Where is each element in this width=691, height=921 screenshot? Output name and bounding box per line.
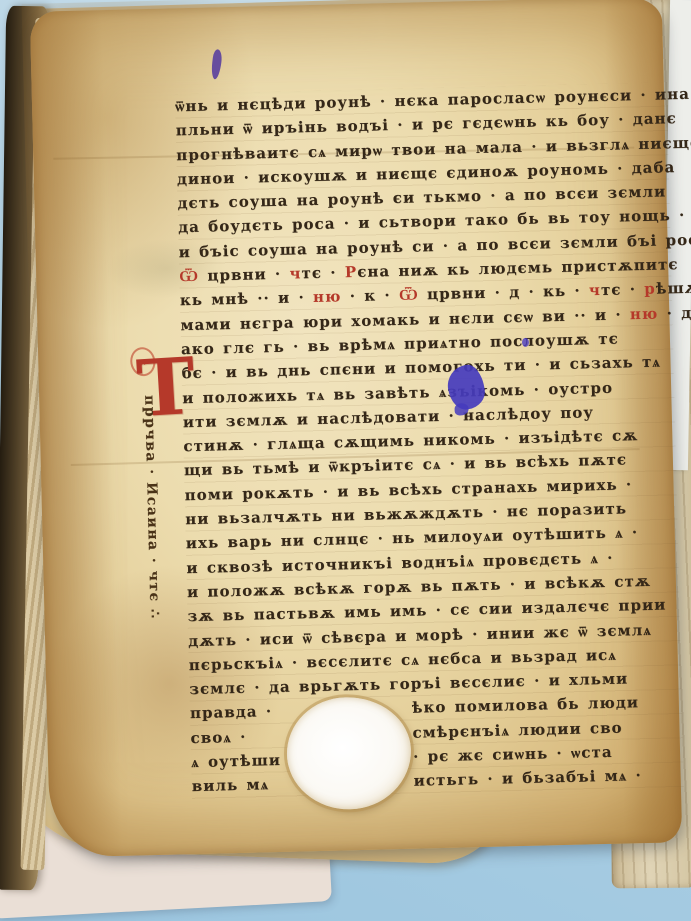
text-segment: ѣко помилова бь люди [412,694,640,718]
text-segment: кь мнѣ ·· и · [180,288,314,309]
text-segment: ню [630,304,659,323]
text-segment: · к · [341,286,399,305]
text-segment: ррчва [141,407,158,463]
text-segment: ѣшѫ [656,279,691,298]
text-segment: Ѿ [179,267,199,285]
text-segment: · ді · [658,303,691,322]
manuscript-leaf-wrapper: ѿнь и нєцѣди роунѣ · нєка паросласѡ роун… [30,0,682,858]
text-segment: ню [313,288,342,307]
text-lines: ѿнь и нєцѣди роунѣ · нєка паросласѡ роун… [175,82,684,798]
text-segment: смѣрєнъіѧ людии сво [412,718,623,741]
text-segment: · рє жє сиѡнь · ѡста [413,743,613,766]
blue-ink-dot [522,338,529,347]
text-segment: тє · [301,263,345,282]
text-segment: · И [143,463,160,497]
text-segment: тє · [601,280,645,299]
text-segment: п [141,395,157,407]
text-segment: црвни · [199,265,290,285]
text-segment: тє [146,582,163,609]
text-segment: р [644,280,656,298]
text-segment: Р [345,263,358,281]
text-segment: ч [289,264,301,282]
text-segment: саина [144,497,161,552]
text-segment: истьгь · и бьзабъі мѧ · [413,766,642,790]
text-segment: црвни · д · кь · [419,282,590,304]
text-segment: · ч [145,551,162,582]
text-segment: ∴ [146,609,162,620]
text-segment: Ѿ [399,286,419,304]
text-segment: ч [589,281,601,299]
